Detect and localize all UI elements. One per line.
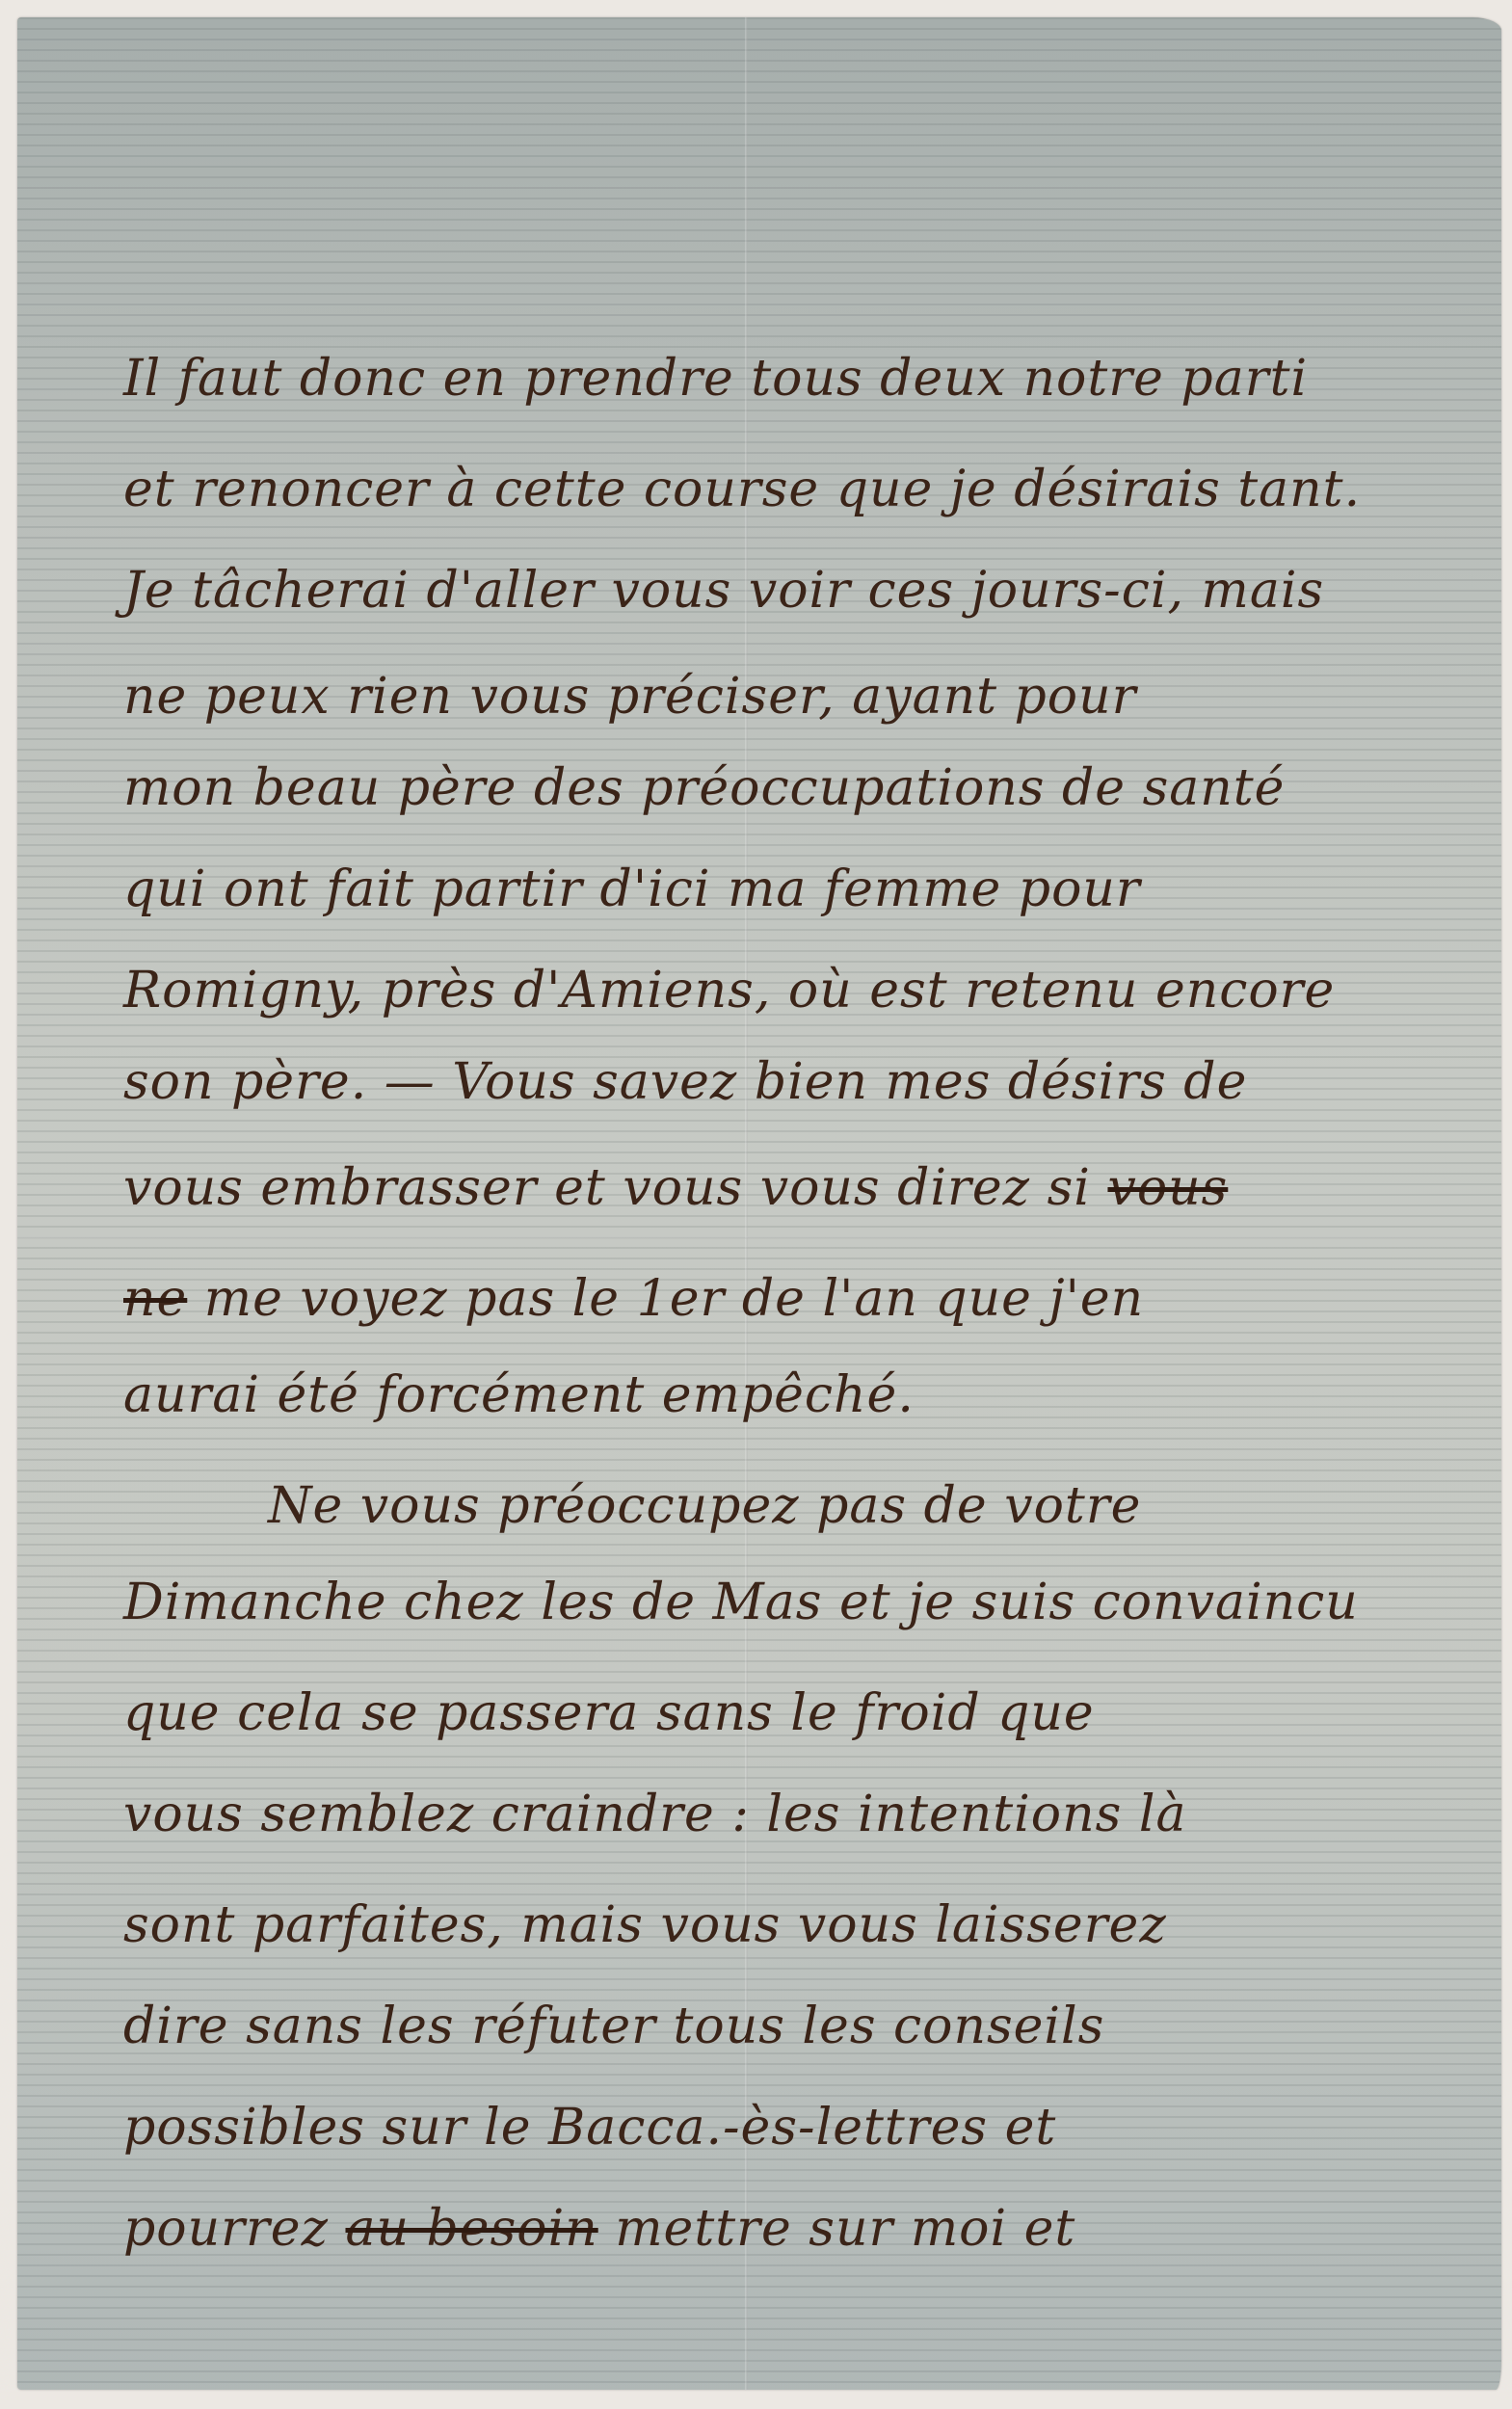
letter-line-1: Il faut donc en prendre tous deux notre … <box>123 350 1308 408</box>
line-10-text: me voyez pas le 1er de l'an que j'en <box>204 1270 1144 1328</box>
letter-line-14: que cela se passera sans le froid que <box>123 1684 1095 1742</box>
letter-line-9: vous embrasser et vous vous direz si vou… <box>123 1159 1228 1217</box>
letter-line-7: Romigny, près d'Amiens, où est retenu en… <box>123 962 1335 1019</box>
horizontal-fold-crease <box>17 1236 1501 1239</box>
struck-prefix: ne <box>123 1270 187 1328</box>
letter-line-2: et renoncer à cette course que je désira… <box>123 461 1361 518</box>
letter-sheet: Il faut donc en prendre tous deux notre … <box>17 17 1501 2390</box>
line-9-text: vous embrasser et vous vous direz si <box>123 1159 1091 1217</box>
letter-line-8: son père. — Vous savez bien mes désirs d… <box>123 1053 1247 1111</box>
line-19-continuation: mettre sur moi et <box>615 2200 1075 2258</box>
letter-line-3: Je tâcherai d'aller vous voir ces jours-… <box>123 562 1324 620</box>
letter-line-16: sont parfaites, mais vous vous laisserez <box>123 1896 1167 1954</box>
letter-line-15: vous semblez craindre : les intentions l… <box>123 1786 1186 1843</box>
struck-word: vous <box>1107 1159 1228 1217</box>
letter-line-11: aurai été forcément empêché. <box>123 1366 915 1424</box>
letter-line-12-paragraph-start: Ne vous préoccupez pas de votre <box>268 1477 1141 1535</box>
letter-line-6: qui ont fait partir d'ici ma femme pour <box>123 860 1141 918</box>
letter-line-18: possibles sur le Bacca.-ès-lettres et <box>123 2099 1056 2157</box>
letter-line-4: ne peux rien vous préciser, ayant pour <box>123 668 1136 726</box>
letter-line-17: dire sans les réfuter tous les conseils <box>123 1998 1104 2055</box>
letter-line-13: Dimanche chez les de Mas et je suis conv… <box>123 1574 1359 1631</box>
letter-line-19: pourrez au besoin mettre sur moi et <box>123 2200 1075 2258</box>
letter-line-10: ne me voyez pas le 1er de l'an que j'en <box>123 1270 1144 1328</box>
bleed-through-header <box>329 104 363 171</box>
struck-words: au besoin <box>346 2200 598 2258</box>
line-19-text: pourrez <box>123 2200 329 2258</box>
letter-line-5: mon beau père des préoccupations de sant… <box>123 759 1285 817</box>
